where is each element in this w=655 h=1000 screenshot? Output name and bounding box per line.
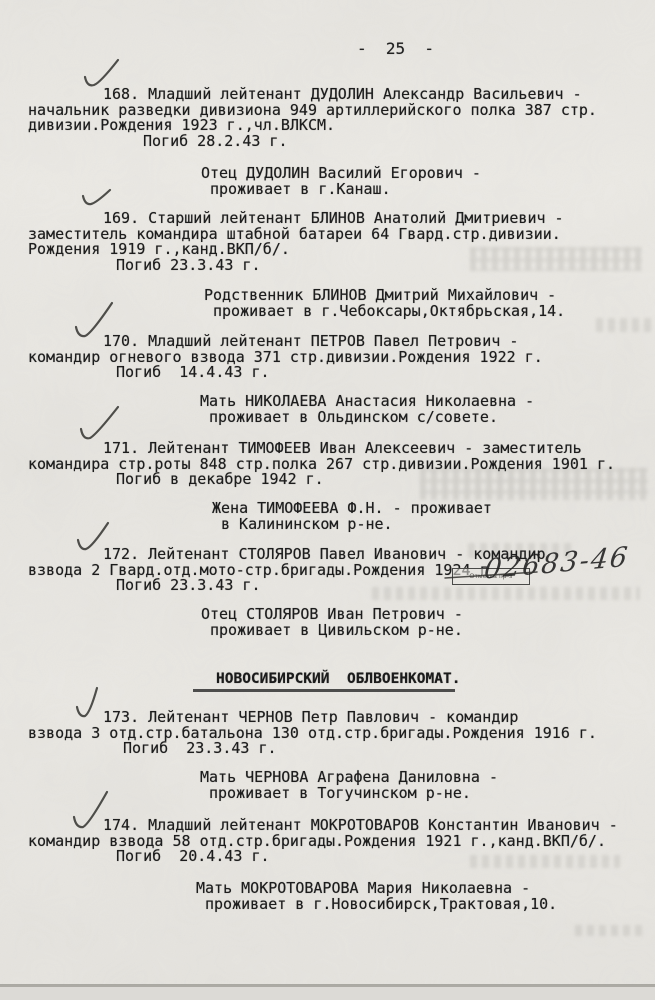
entry-173-relative: Мать ЧЕРНОВА Аграфена Даниловна - прожив… xyxy=(200,770,650,801)
entry-168-relative: Отец ДУДОЛИН Василий Егорович - проживае… xyxy=(201,166,651,197)
entry-168: 168. Младший лейтенант ДУДОЛИН Александр… xyxy=(28,87,653,149)
entry-171-death-line: Погиб в декабре 1942 г. xyxy=(28,472,653,488)
relative-line: проживает в г.Чебоксары,Октябрьская,14. xyxy=(204,304,654,320)
entry-169: 169. Старший лейтенант БЛИНОВ Анатолий Д… xyxy=(28,211,653,273)
entry-170: 170. Младший лейтенант ПЕТРОВ Павел Петр… xyxy=(28,334,653,381)
entry-173-line: взвода 3 отд.стр.батальона 130 отд.стр.б… xyxy=(28,726,653,742)
relative-line: проживает в г.Канаш. xyxy=(201,182,651,198)
entry-173: 173. Лейтенант ЧЕРНОВ Петр Павлович - ко… xyxy=(28,710,653,757)
entry-172-relative: Отец СТОЛЯРОВ Иван Петрович - проживает … xyxy=(201,607,651,638)
entry-168-line: дивизии.Рождения 1923 г.,чл.ВЛКСМ. xyxy=(28,118,653,134)
entry-171-relative: Жена ТИМОФЕЕВА Ф.Н. - проживает в Калини… xyxy=(212,501,655,532)
entry-168-death-line: Погиб 28.2.43 г. xyxy=(28,134,653,150)
typewritten-content: - 25 - 168. Младший лейтенант ДУДОЛИН Ал… xyxy=(0,0,655,985)
entry-174: 174. Младший лейтенант МОКРОТОВАРОВ Конс… xyxy=(28,818,653,865)
entry-170-death-line: Погиб 14.4.43 г. xyxy=(28,365,653,381)
relative-line: в Калининском р-не. xyxy=(212,517,655,533)
entry-174-death-line: Погиб 20.4.43 г. xyxy=(28,849,653,865)
page-number: - 25 - xyxy=(357,41,434,57)
entry-169-relative: Родственник БЛИНОВ Дмитрий Михайлович - … xyxy=(204,288,654,319)
relative-line: проживает в Цивильском р-не. xyxy=(201,623,651,639)
entry-170-relative: Мать НИКОЛАЕВА Анастасия Николаевна - пр… xyxy=(200,394,650,425)
entry-174-relative: Мать МОКРОТОВАРОВА Мария Николаевна - пр… xyxy=(196,881,646,912)
scan-margin xyxy=(0,987,655,1000)
section-heading: НОВОСИБИРСКИЙ ОБЛВОЕНКОМАТ. xyxy=(216,671,460,687)
entry-171: 171. Лейтенант ТИМОФЕЕВ Иван Алексеевич … xyxy=(28,441,653,488)
scanned-page: { "page": { "number_label": "- 25 -" }, … xyxy=(0,0,655,1000)
entry-169-death-line: Погиб 23.3.43 г. xyxy=(28,258,653,274)
relative-line: проживает в Тогучинском р-не. xyxy=(200,786,650,802)
entry-173-death-line: Погиб 23.3.43 г. xyxy=(28,741,653,757)
section-heading-underline xyxy=(193,689,455,692)
relative-line: проживает в Ольдинском с/совете. xyxy=(200,410,650,426)
entry-172-death-line: Погиб 23.3.43 г. xyxy=(28,578,653,594)
relative-line: проживает в г.Новосибирск,Трактовая,10. xyxy=(196,897,646,913)
